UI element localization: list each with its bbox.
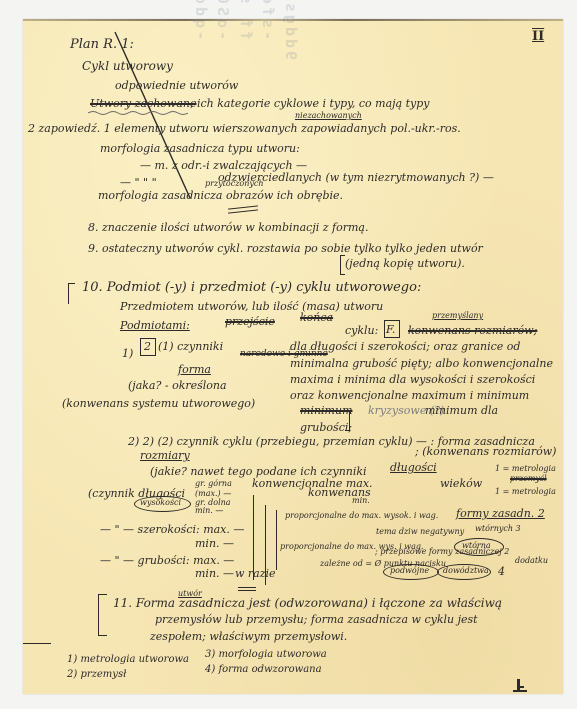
- line: dla długości i szerokości; oraz granice …: [290, 341, 520, 352]
- bracket: [98, 594, 107, 636]
- line: — m. z odr.-i zwalczających —: [140, 160, 307, 171]
- line: (1) czynniki: [158, 341, 223, 352]
- line: — " " ": [120, 177, 157, 188]
- line: 11. Forma zasadnicza jest (odwzorowana) …: [113, 597, 502, 609]
- line: F.: [386, 324, 395, 335]
- line: w razie: [235, 568, 276, 579]
- line: konwenans rozmiarów;: [408, 325, 537, 336]
- line: gr. górna: [195, 480, 232, 488]
- line: min. —: [195, 507, 223, 515]
- bleed-through-line: 9ddgsss 030 1 s: [282, 0, 300, 60]
- line: ; (konwenans rozmiarów): [415, 446, 556, 457]
- line: ; przepisowe formy zasadniczej 2: [375, 548, 509, 556]
- line: min. —: [195, 568, 234, 579]
- line: — " — grubości: max. —: [100, 555, 234, 566]
- line: wysokości: [140, 499, 181, 507]
- line: 9. ostateczny utworów cykl. rozstawia po…: [88, 243, 483, 254]
- footnote: 2) przemysł: [67, 670, 126, 680]
- line: morfologia zasadnicza obrazów ich obrębi…: [98, 190, 343, 201]
- line: 1): [122, 348, 133, 359]
- line: , ich kategorie cyklowe i typy, co mają …: [190, 98, 430, 109]
- line-struck: Utwory zachowane: [90, 98, 197, 109]
- bleed-through-line: -oS0 nosoivisd-: [214, 0, 232, 40]
- footnote: 3) morfologia utworowa: [205, 650, 327, 660]
- line: proporcjonalne do max. wysok. i wag.: [285, 512, 438, 520]
- line: maxima i minima dla wysokości i szerokoś…: [290, 374, 535, 385]
- bracket: [340, 255, 345, 275]
- line: odpowiednie utworów: [115, 80, 238, 91]
- line: cyklu:: [345, 325, 378, 336]
- line: 8. znaczenie ilości utworów w kombinacji…: [88, 222, 368, 233]
- line: przemysłów lub przemysłu; forma zasadnic…: [155, 614, 478, 625]
- line: przemyślany: [432, 312, 483, 320]
- line: 10. Podmiot (-y) i przedmiot (-y) cyklu …: [82, 281, 421, 294]
- line: minimum dla: [425, 405, 498, 416]
- line: (konwenans systemu utworowego): [62, 398, 255, 409]
- line: wtórnych 3: [475, 525, 521, 533]
- line: 4: [498, 566, 505, 577]
- line: (max.) —: [195, 490, 231, 498]
- line: (jakie? nawet tego podane ich czynniki: [150, 466, 367, 477]
- line: długości: [390, 462, 437, 473]
- line: podwójne: [390, 567, 429, 575]
- line: wieków: [440, 478, 482, 489]
- line: dowództwa: [443, 567, 489, 575]
- wavy-underline: [88, 110, 188, 116]
- line: przemyśl: [510, 475, 547, 483]
- line: 1 = metrologia: [495, 488, 556, 496]
- line: min.: [352, 497, 370, 505]
- separator: [238, 587, 256, 588]
- line: (jaka? - określona: [128, 380, 227, 391]
- line: Podmiotami:: [120, 320, 190, 331]
- line: 2: [144, 341, 151, 352]
- line: dodatku: [515, 557, 548, 565]
- page-number: II: [532, 30, 544, 43]
- line: morfologia zasadnicza typu utworu:: [100, 143, 300, 154]
- line: końca: [300, 312, 333, 323]
- line: tema dziw negatywny: [376, 528, 464, 536]
- line: rozmiary: [140, 450, 190, 461]
- heading: Plan R. 1:: [70, 38, 134, 51]
- separator: [238, 590, 256, 591]
- line: 2 zapowiedź. 1 elementy utworu wierszowa…: [28, 123, 461, 134]
- stamp-mark-icon: [510, 678, 530, 694]
- line: przytoczonych: [205, 180, 264, 188]
- line: forma: [178, 364, 211, 375]
- line: min. —: [195, 538, 234, 549]
- line: Cykl utworowy: [82, 60, 173, 72]
- bleed-through-line: ff sfs odwoisd- - ff: [237, 0, 255, 40]
- line: minimalna grubość pięty; albo konwencjon…: [290, 358, 553, 369]
- bracket: [68, 283, 75, 304]
- line: niezachowanych: [295, 112, 362, 120]
- bracket: [345, 410, 350, 431]
- line: Przedmiotem utworów, lub ilość (masa) ut…: [120, 301, 383, 312]
- line: zespołem; właściwym przemysłowi.: [150, 631, 347, 642]
- footnote: 4) forma odwzorowana: [205, 665, 322, 675]
- footnote: 1) metrologia utworowa: [67, 655, 189, 665]
- line: 1 = metrologia: [495, 465, 556, 473]
- bleed-through-line: -sfeicdo obdvs: [259, 0, 277, 40]
- line: oraz konwencjonalne maximum i minimum: [290, 390, 529, 401]
- line: formy zasadn. 2: [456, 508, 545, 519]
- line: przejście: [225, 316, 275, 327]
- line: — " — szerokości: max. —: [100, 524, 244, 535]
- table-divider: [276, 510, 277, 570]
- footnote-rule: [23, 643, 51, 644]
- line: (jedną kopię utworu).: [345, 258, 465, 269]
